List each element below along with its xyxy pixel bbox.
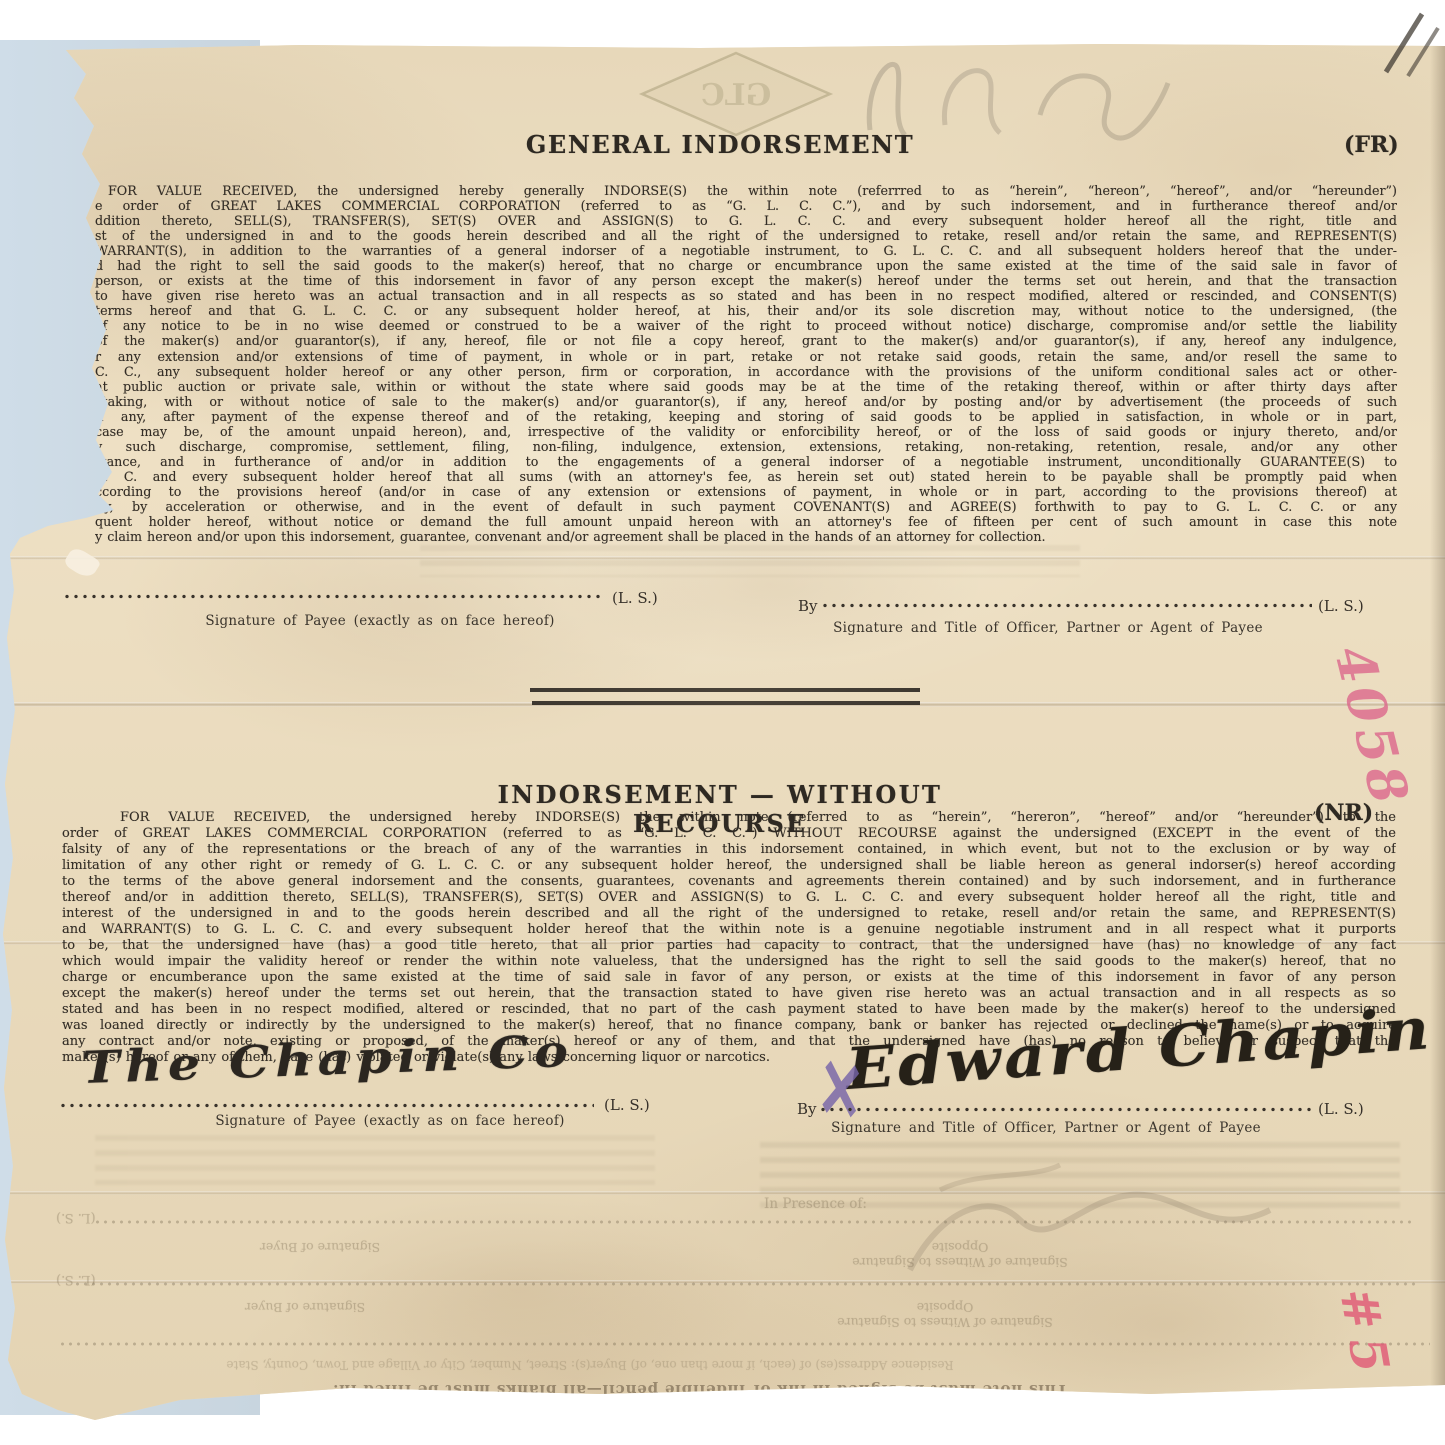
paragraph-line: r any extension and/or extensions of tim… <box>95 349 1397 364</box>
bleed-through-noise <box>420 545 1080 577</box>
paragraph-line: to have given rise hereto was an actual … <box>95 288 1397 303</box>
paragraph-line: ccording to the provisions hereof (and/o… <box>95 484 1397 499</box>
officer-signature-caption: Signature and Title of Officer, Partner … <box>822 620 1274 636</box>
paragraph-line: interest of the undersigned in and to th… <box>62 906 1396 922</box>
paragraph-line: C. C., any subsequent holder hereof or a… <box>95 364 1397 379</box>
red-pencil-tag: #5 <box>1312 1250 1409 1420</box>
paragraph-line: to the terms of the above general indors… <box>62 874 1396 890</box>
paragraph-line: which would impair the validity hereof o… <box>62 954 1396 970</box>
paragraph-line: e order of GREAT LAKES COMMERCIAL CORPOR… <box>95 198 1397 213</box>
corner-pencil-marks <box>1378 6 1445 82</box>
glcc-diamond-watermark: GLC <box>638 50 834 138</box>
paragraph-line: of any notice to be in no wise deemed or… <box>95 318 1397 333</box>
seal-label: (L. S.) <box>604 1096 650 1114</box>
paragraph-line: ddition thereto, SELL(S), TRANSFER(S), S… <box>95 213 1397 228</box>
torn-paper-flap <box>63 545 102 581</box>
paragraph-line: etaking, with or without notice of sale … <box>95 394 1397 409</box>
section-divider <box>532 701 920 705</box>
payee-signature-line <box>60 1102 594 1109</box>
paragraph-line: limitation of any other right or remedy … <box>62 858 1396 874</box>
paragraph-line: if any, after payment of the expense the… <box>95 409 1397 424</box>
section-divider <box>530 688 920 692</box>
paragraph-line: C. C. and every subsequent holder hereof… <box>95 469 1397 484</box>
by-label: By <box>797 1100 817 1118</box>
general-indorsement-paragraph: FOR VALUE RECEIVED, the undersigned here… <box>95 183 1397 544</box>
bleed-buyer-label: Signature of Buyer <box>240 1240 400 1255</box>
paragraph-line: charge or encumberance upon the same exi… <box>62 970 1396 986</box>
paragraph-line: WARRANT(S), in addition to the warrantie… <box>95 243 1397 258</box>
red-pencil-number: 4058 <box>1320 628 1424 827</box>
officer-signature-line <box>822 602 1312 609</box>
svg-text:GLC: GLC <box>701 78 772 113</box>
paragraph-line: terms hereof and that G. L. C. C. or any… <box>95 303 1397 318</box>
paragraph-line: FOR VALUE RECEIVED, the undersigned here… <box>62 810 1396 826</box>
paragraph-line: y such discharge, compromise, settlement… <box>95 439 1397 454</box>
bleed-handwriting-scribble <box>880 1150 1300 1310</box>
officer-signature-caption: Signature and Title of Officer, Partner … <box>820 1120 1272 1136</box>
bleed-seal-label: (L. S.) <box>56 1210 96 1225</box>
paragraph-line: ity, by acceleration or otherwise, and i… <box>95 499 1397 514</box>
payee-signature-line <box>64 593 600 600</box>
paragraph-line: quent holder hereof, without notice or d… <box>95 514 1397 529</box>
paragraph-line: FOR VALUE RECEIVED, the undersigned here… <box>95 183 1397 198</box>
bleed-residence-label: Residence Address(es) of (each, if more … <box>60 1358 1120 1372</box>
paragraph-line: case may be, of the amount unpaid hereon… <box>95 424 1397 439</box>
paper-sheet: GLC GENERAL INDORSEMENT (FR) FOR VALUE R… <box>0 42 1445 1420</box>
bleed-seal-label: (L. S.) <box>56 1272 96 1287</box>
paragraph-line: y claim hereon and/or upon this indorsem… <box>95 529 1397 544</box>
seal-label: (L. S.) <box>1318 1100 1364 1118</box>
by-label: By <box>798 597 818 615</box>
section-general-title: GENERAL INDORSEMENT <box>420 130 1020 159</box>
paragraph-line: st of the undersigned in and to the good… <box>95 228 1397 243</box>
paragraph-line: stance, and in furtherance of and/or in … <box>95 454 1397 469</box>
seal-label: (L. S.) <box>612 589 658 607</box>
scanned-document-page: GLC GENERAL INDORSEMENT (FR) FOR VALUE R… <box>0 0 1445 1445</box>
paragraph-line: person, or exists at the time of this in… <box>95 273 1397 288</box>
bleed-signature-line <box>60 1341 1430 1347</box>
paragraph-line: to be, that the undersigned have (has) a… <box>62 938 1396 954</box>
bleed-bottom-note: This note must be signed in ink or indel… <box>250 1381 1150 1399</box>
paragraph-line: thereof and/or in addittion thereto, SEL… <box>62 890 1396 906</box>
paragraph-line: at public auction or private sale, withi… <box>95 379 1397 394</box>
paragraph-line: and WARRANT(S) to G. L. C. C. and every … <box>62 922 1396 938</box>
paragraph-line: except the maker(s) hereof under the ter… <box>62 986 1396 1002</box>
paragraph-line: falsity of any of the representations or… <box>62 842 1396 858</box>
right-edge-shadow <box>1430 45 1445 1415</box>
payee-signature-caption: Signature of Payee (exactly as on face h… <box>140 1113 640 1129</box>
seal-label: (L. S.) <box>1318 597 1364 615</box>
paragraph-line: d had the right to sell the said goods t… <box>95 258 1397 273</box>
officer-signature-line <box>820 1106 1312 1113</box>
presence-label: In Presence of: <box>764 1196 867 1212</box>
section-general-code: (FR) <box>1344 132 1399 158</box>
payee-signature-caption: Signature of Payee (exactly as on face h… <box>120 613 640 629</box>
paragraph-line: order of GREAT LAKES COMMERCIAL CORPORAT… <box>62 826 1396 842</box>
paragraph-line: of the maker(s) and/or guarantor(s), if … <box>95 333 1397 348</box>
bleed-through-noise <box>95 1135 655 1185</box>
bleed-buyer-label: Signature of Buyer <box>225 1300 385 1315</box>
